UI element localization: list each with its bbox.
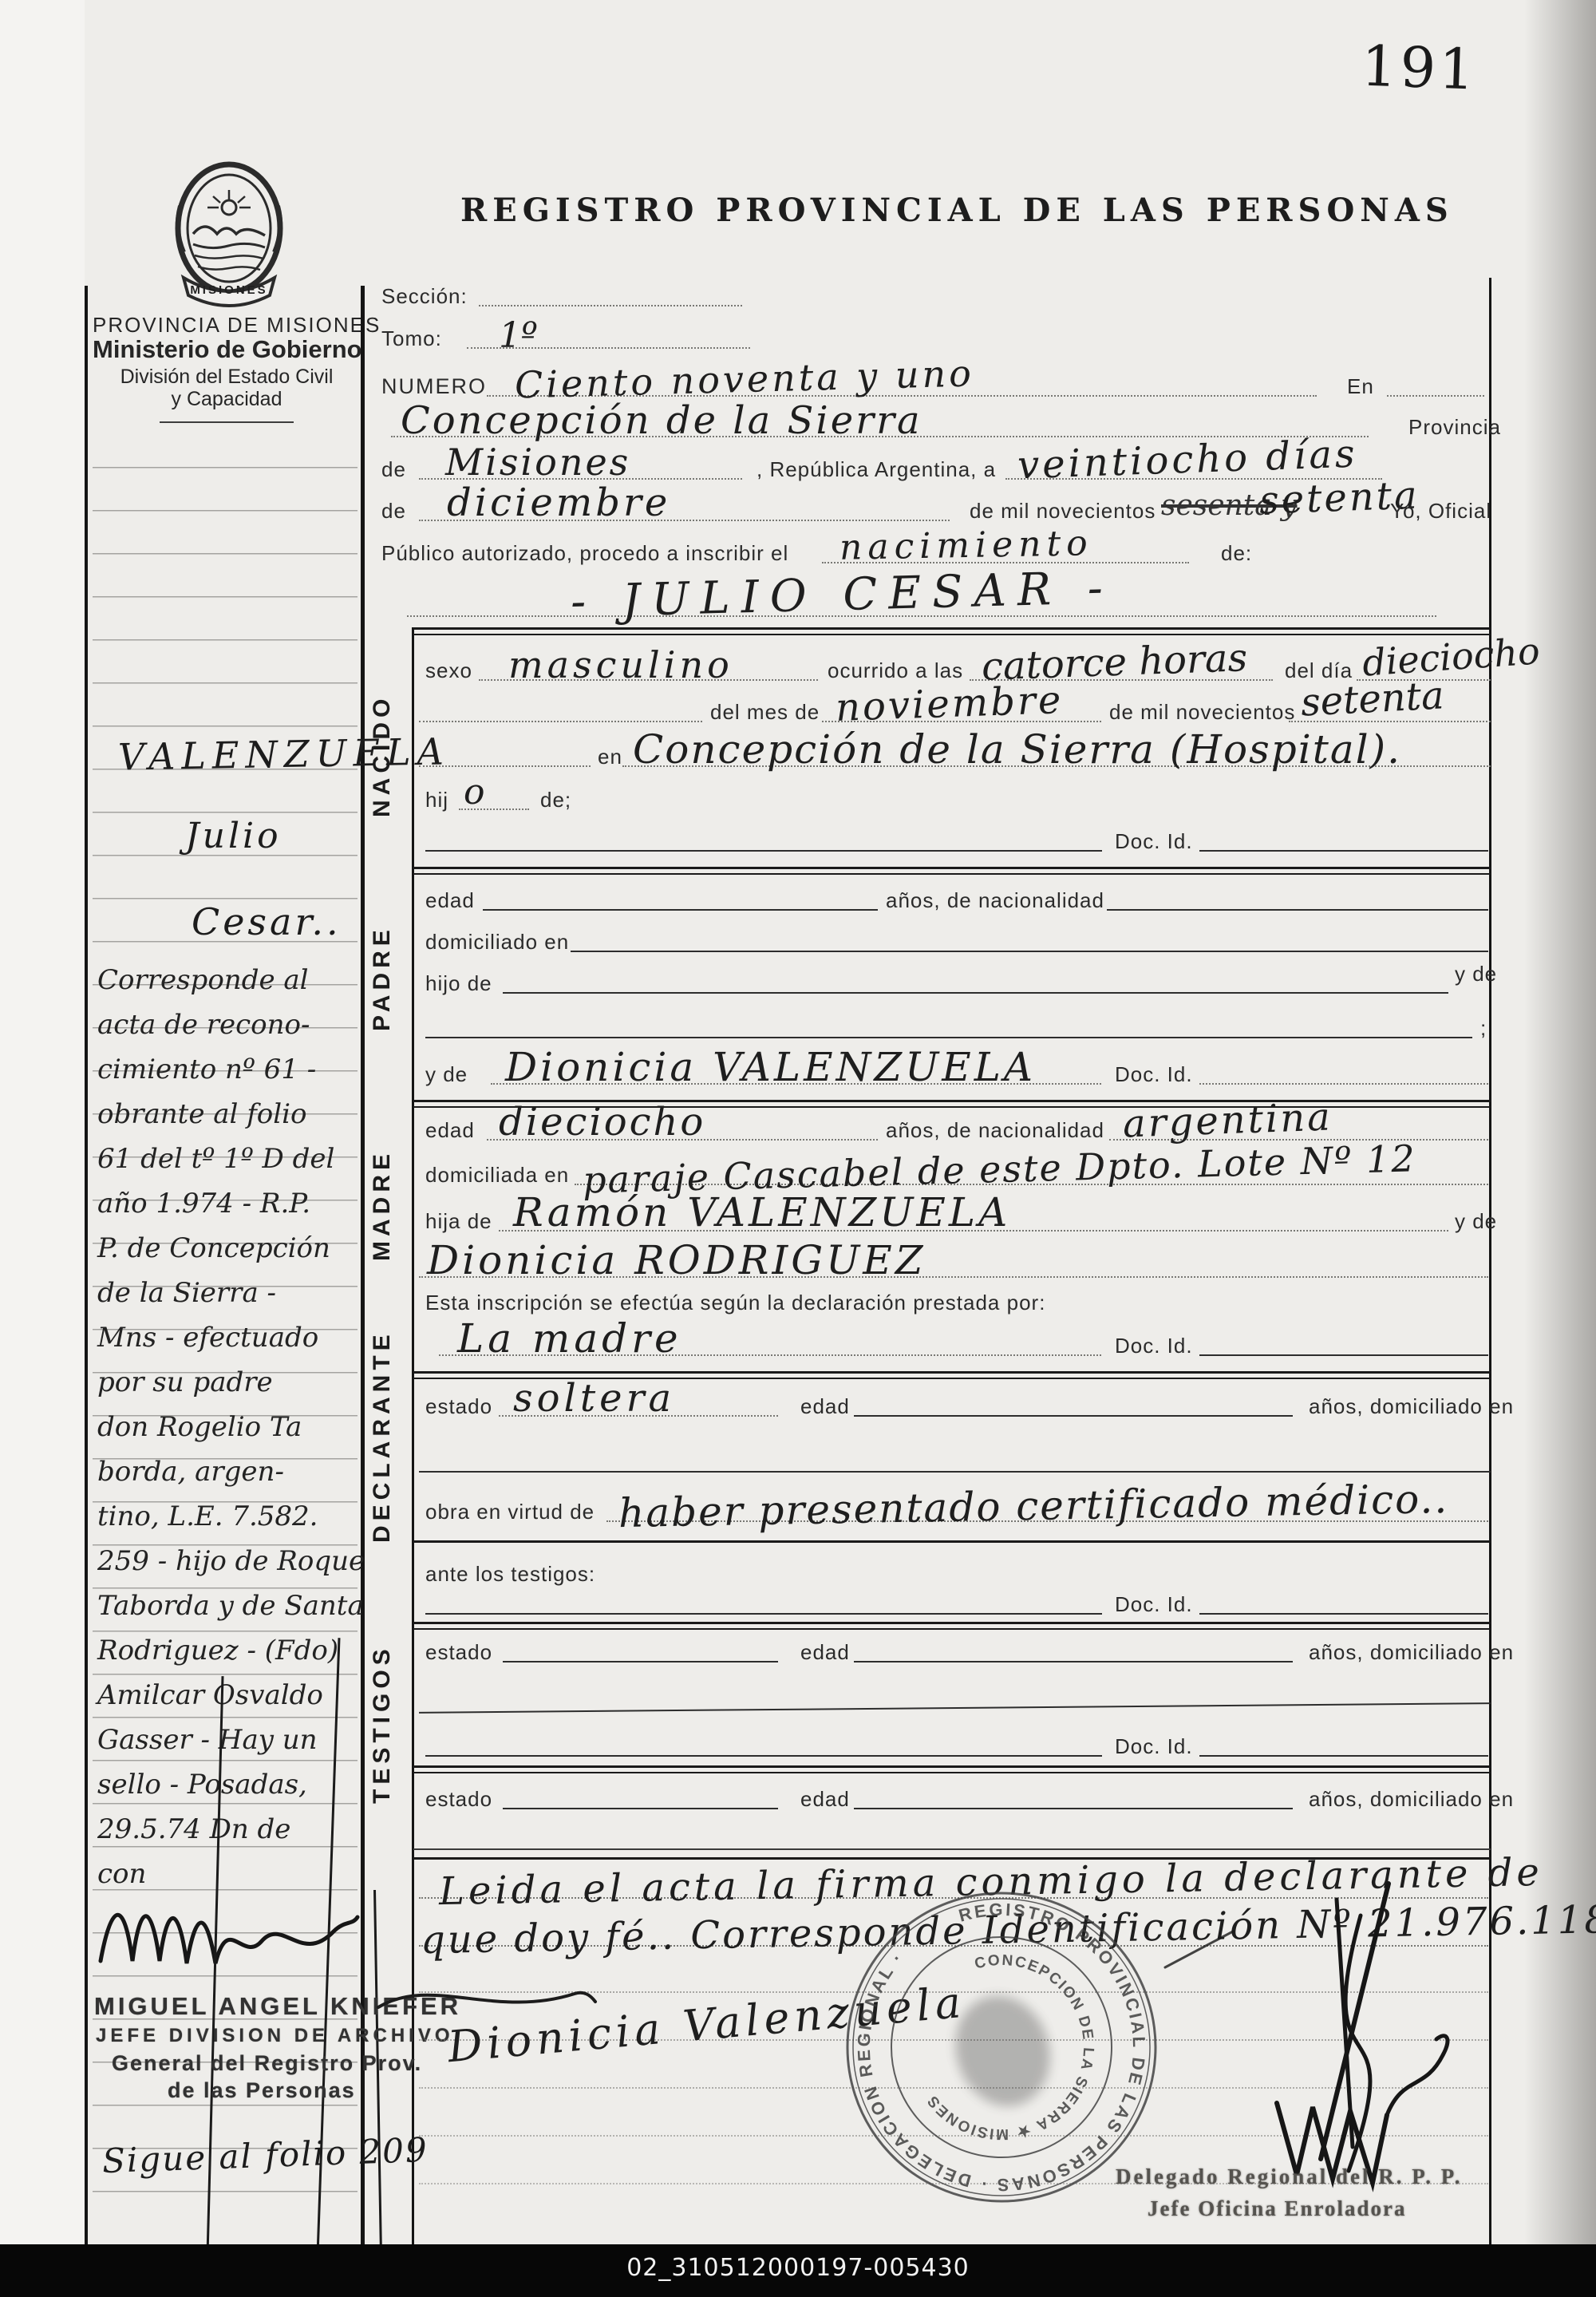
form-row-acto: Público autorizado, procedo a inscribir … [375,529,1491,567]
margin-note-line: año 1.974 - R.P. [97,1188,361,1220]
testigo2-row-docid: Doc. Id. [419,1726,1491,1761]
madre-nombre-value: Dionicia VALENZUELA [505,1044,1036,1090]
padre-row-domicilio: domiciliado en [419,918,1491,956]
margin-middle-name: Cesar.. [192,900,342,943]
page-title: REGISTRO PROVINCIAL DE LAS PERSONAS [460,192,1418,229]
acto-value: nacimiento [839,523,1093,568]
writing-line [425,1755,1102,1757]
virtud-value: haber presentado certificado médico.. [618,1476,1449,1536]
margin-note-line: Gasser - Hay un [97,1724,361,1756]
writing-line [1199,1083,1488,1085]
nacido-row-mes: del mes de noviembre de mil novecientos … [419,688,1491,726]
scan-footer-bar: 02_310512000197-005430 [0,2244,1596,2297]
section-label-padre: PADRE [369,884,407,1073]
writing-line [1199,850,1488,852]
writing-line [1387,395,1484,397]
provincia-label: Provincia [1408,415,1501,440]
semicolon-label: ; [1480,1016,1487,1041]
padre-row-blank: ; [419,1004,1491,1042]
letterhead-capacidad: y Capacidad [93,388,361,411]
misiones-coat-of-arms-icon: MISIONES [169,158,289,318]
anos-domiciliado-label: años, domiciliado en [1309,1394,1514,1419]
margin-note-line: Amilcar Osvaldo [97,1679,361,1711]
de-mil-label: de mil novecientos [1109,700,1295,725]
doc-id-label: Doc. Id. [1115,1334,1193,1358]
doc-id-label: Doc. Id. [1115,829,1193,854]
testigo2-row-estado: estado edad años, domiciliado en [419,1775,1491,1813]
writing-line [483,909,878,911]
writing-line [1199,1354,1488,1356]
y-de-label: y de [1455,962,1497,986]
writing-line [854,1415,1293,1417]
form-row-numero: NUMERO Ciento noventa y uno En [375,361,1491,401]
scanned-birth-record-page: 191 REGISTRO PROVINCIAL DE LAS PERSONAS … [0,0,1596,2297]
witness-separator [413,1765,1491,1773]
margin-note-line: 29.5.74 Dn de [97,1813,361,1845]
hij-suffix-value: o [464,772,485,812]
delegado-stamp-line2: Jefe Oficina Enroladora [1148,2196,1406,2221]
y-de-label: y de [425,1062,468,1087]
archive-stamp-role: JEFE DIVISION DE ARCHIVO [96,2025,454,2047]
form-row-tomo: Tomo: 1º [375,318,1491,353]
writing-line [419,765,591,767]
en-label: en [598,745,622,769]
obra-label: obra en virtud de [425,1500,595,1524]
archive-stamp-office2: de las Personas [168,2078,356,2103]
letterhead-division: División del Estado Civil [93,366,361,389]
section-separator [413,867,1491,875]
section-label-testigos: TESTIGOS [369,1604,407,1844]
writing-line [1199,1755,1488,1757]
writing-line [419,721,702,722]
writing-line [459,808,529,810]
declarante-estado-value: soltera [513,1376,675,1421]
official-signature [1149,1872,1484,2191]
de-semi-label: de; [540,788,571,812]
form-row-month: de diciembre de mil novecientos sesenta … [375,487,1491,525]
hijo-de-label: hijo de [425,971,492,996]
writing-line [854,1808,1293,1809]
letterhead-ministry: Ministerio de Gobierno [93,335,361,364]
margin-note-line: obrante al folio [97,1098,361,1130]
edad-label: edad [425,1118,475,1143]
declaracion-intro-label: Esta inscripción se efectúa según la dec… [425,1291,1045,1315]
declarante-row-blank [419,1437,1491,1477]
republica-label: , República Argentina, a [757,457,996,482]
edad-label: edad [800,1640,850,1665]
margin-note-line: Mns - efectuado [97,1322,361,1354]
padre-row-hijode: hijo de y de [419,959,1491,998]
margin-column-left-border [85,286,88,2244]
madre-row-nombre: y de Dionicia VALENZUELA Doc. Id. [419,1049,1491,1089]
writing-line [503,1808,778,1809]
margin-note-line: tino, L.E. 7.582. [97,1500,361,1532]
writing-line [419,1702,1491,1714]
margin-signature [94,1885,362,1989]
ocurrido-label: ocurrido a las [828,658,963,683]
madre-row-hijade: hija de Ramón VALENZUELA y de [419,1192,1491,1235]
madre-row-abuela: Dionicia RODRIGUEZ [419,1239,1491,1282]
de-label: de [381,457,406,482]
hija-de-label: hija de [425,1209,492,1234]
writing-line [503,992,1448,994]
section-label-madre: MADRE [369,1114,407,1296]
madre-edad-value: dieciocho [499,1100,705,1145]
madre-row-domicilio: domiciliada en paraje Cascabel de este D… [419,1148,1491,1189]
estado-label: estado [425,1787,492,1812]
anio-value: setenta [1300,673,1445,725]
doc-id-label: Doc. Id. [1115,1592,1193,1617]
margin-note-line: Rodriguez - (Fdo) [97,1635,361,1666]
edad-label: edad [800,1787,850,1812]
estado-label: estado [425,1640,492,1665]
doc-id-label: Doc. Id. [1115,1734,1193,1759]
abuela-materna-value: Dionicia RODRIGUEZ [427,1237,926,1283]
section-label-nacido: NACIDO [369,656,407,856]
margin-note-line: P. de Concepción [97,1232,361,1264]
margin-note-line: por su padre [97,1366,361,1398]
anos-nacionalidad-label: años, de nacionalidad [886,888,1104,913]
archive-stamp-office1: General del Registro Prov. [112,2051,422,2076]
closing-line [413,1848,1491,1850]
en-label: En [1347,374,1374,399]
writing-line [571,951,1488,952]
page-number: 191 [1361,33,1479,102]
form-row-name: - JULIO CESAR - [375,571,1491,621]
emblem-banner: MISIONES [190,283,267,297]
de-colon-label: de: [1221,541,1252,566]
writing-line [425,1613,1102,1615]
de-label: de [381,499,406,524]
nacido-row-lugar: en Concepción de la Sierra (Hospital). [419,729,1491,771]
edad-label: edad [800,1394,850,1419]
margin-note-line: borda, argen- [97,1456,361,1488]
delegado-stamp-line1: Delegado Regional del R. P. P. [1116,2165,1463,2189]
place-value: Concepción de la Sierra [401,398,922,443]
writing-line [479,305,742,306]
letterhead-rule [160,421,294,423]
publico-label: Público autorizado, procedo a inscribir … [381,541,788,566]
lugar-value: Concepción de la Sierra (Hospital). [633,726,1401,773]
margin-note-line: 61 del tº 1º D del [97,1143,361,1175]
seccion-label: Sección: [381,284,468,309]
testigo1-row-docid: Doc. Id. [419,1583,1491,1619]
month-value: diciembre [447,480,670,525]
anos-domiciliado-label: años, domiciliado en [1309,1787,1514,1812]
margin-note-line: don Rogelio Ta [97,1411,361,1443]
letterhead-province: PROVINCIA DE MISIONES [93,313,361,338]
writing-line [1107,909,1488,911]
margin-note-line: de la Sierra - [97,1277,361,1309]
tomo-value: 1º [499,315,538,356]
declarante-quien-value: La madre [457,1315,682,1362]
writing-line [425,1037,1472,1038]
domiciliado-label: domiciliado en [425,930,569,955]
yo-oficial-label: Yo, Oficial [1390,499,1491,524]
margin-note-line: cimiento nº 61 - [97,1054,361,1085]
sexo-value: masculino [508,643,733,686]
province-value: Misiones [445,441,630,484]
declarante-row-virtud: obra en virtud de haber presentado certi… [419,1483,1491,1526]
estado-label: estado [425,1394,492,1419]
margin-note-line: Corresponde al [97,964,361,996]
testigo1-row-blank [419,1673,1491,1713]
scan-reference-code: 02_310512000197-005430 [0,2254,1596,2282]
anos-nacionalidad-label: años, de nacionalidad [886,1118,1104,1143]
declarante-row-intro: Esta inscripción se efectúa según la dec… [419,1282,1491,1317]
y-de-label: y de [1455,1209,1497,1234]
margin-note-line: sello - Posadas, [97,1769,361,1801]
section-separator [413,1540,1491,1543]
tomo-label: Tomo: [381,326,442,351]
del-mes-label: del mes de [710,700,820,725]
page-right-shadow [1524,0,1596,2297]
hij-label: hij [425,788,448,812]
sexo-label: sexo [425,658,472,683]
de-mil-label: de mil novecientos [970,499,1156,524]
testigo1-row-estado: estado edad años, domiciliado en [419,1628,1491,1666]
madre-nacionalidad-value: argentina [1122,1094,1333,1146]
padre-row-edad: edad años, de nacionalidad [419,876,1491,915]
nacido-row-hijo: hij o de; [419,776,1491,814]
nacido-row-docid: Doc. Id. [419,817,1491,856]
edad-label: edad [425,888,475,913]
declarante-row-quien: La madre Doc. Id. [419,1319,1491,1360]
writing-line [1199,1613,1488,1615]
writing-line [425,850,1102,852]
writing-line [503,1661,778,1662]
margin-given-name: Julio [185,816,282,856]
margin-note-line: Taborda y de Santa [97,1590,361,1622]
form-row-seccion: Sección: [375,275,1491,310]
numero-label: NUMERO [381,374,487,399]
domiciliada-label: domiciliada en [425,1163,569,1188]
doc-id-label: Doc. Id. [1115,1062,1193,1087]
registered-name-value: - JULIO CESAR - [570,562,1114,628]
abuelo-materno-value: Ramón VALENZUELA [513,1189,1010,1235]
margin-note-line: 259 - hijo de Roque [97,1545,361,1577]
writing-line [854,1661,1293,1662]
declarante-row-estado: estado soltera edad años, domiciliado en [419,1379,1491,1421]
writing-line [419,1471,1491,1473]
section-separator [413,627,1491,635]
anos-domiciliado-label: años, domiciliado en [1309,1640,1514,1665]
page-left-margin [0,0,85,2297]
section-label-declarante: DECLARANTE [369,1312,407,1561]
margin-note-line: acta de recono- [97,1009,361,1041]
mes-value: noviembre [835,678,1064,730]
